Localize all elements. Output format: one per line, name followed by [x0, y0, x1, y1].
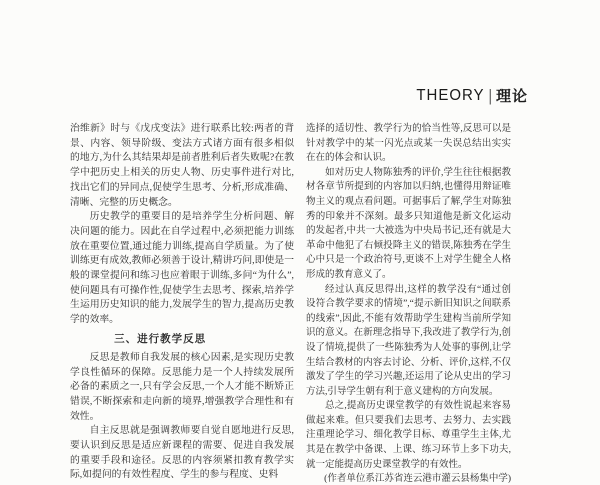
paragraph: 自主反思就是强调教师要自觉自愿地进行反思,要认识到反思是适应新课程的需要、促进自…: [70, 424, 294, 483]
paragraph: 选择的适切性、教学行为的恰当性等,反思可以是针对教学中的某一闪光点或某一失误总结…: [306, 122, 511, 166]
header-divider: |: [488, 86, 491, 106]
section-label: 理论: [496, 85, 528, 106]
author-affiliation: (作者单位系江苏省连云港市灌云县杨集中学): [306, 472, 511, 485]
paragraph: 如对历史人物陈独秀的评价,学生往往根据教材各章节所提到的内容加以归纳,也懂得用辩…: [306, 166, 511, 283]
right-column: 选择的适切性、教学行为的恰当性等,反思可以是针对教学中的某一闪光点或某一失误总结…: [306, 122, 511, 485]
page-header: THEORY | 理论: [416, 85, 528, 106]
paragraph: 经过认真反思得出,这样的教学没有“通过创设符合教学要求的情境”,“提示新旧知识之…: [306, 283, 511, 400]
magazine-page: THEORY | 理论 治维新》时与《戊戌变法》进行联系比较:两者的背景、内容、…: [0, 0, 600, 485]
left-column: 治维新》时与《戊戌变法》进行联系比较:两者的背景、内容、领导阶级、变法方式诸方面…: [70, 122, 294, 483]
paragraph: 总之,提高历史课堂教学的有效性说起来容易做起来难。但只要我们去思考、去努力、去实…: [306, 399, 511, 472]
section-heading-teaching-reflection: 三、进行教学反思: [70, 332, 294, 347]
paragraph: 历史教学的重要目的是培养学生分析问题、解决问题的能力。因此在自学过程中,必须把能…: [70, 210, 294, 328]
paragraph: 治维新》时与《戊戌变法》进行联系比较:两者的背景、内容、领导阶级、变法方式诸方面…: [70, 122, 294, 210]
paragraph: 反思是教师自我发展的核心因素,是实现历史教学良性循环的保障。反思能力是一个人持续…: [70, 351, 294, 425]
journal-name: THEORY: [416, 87, 484, 105]
